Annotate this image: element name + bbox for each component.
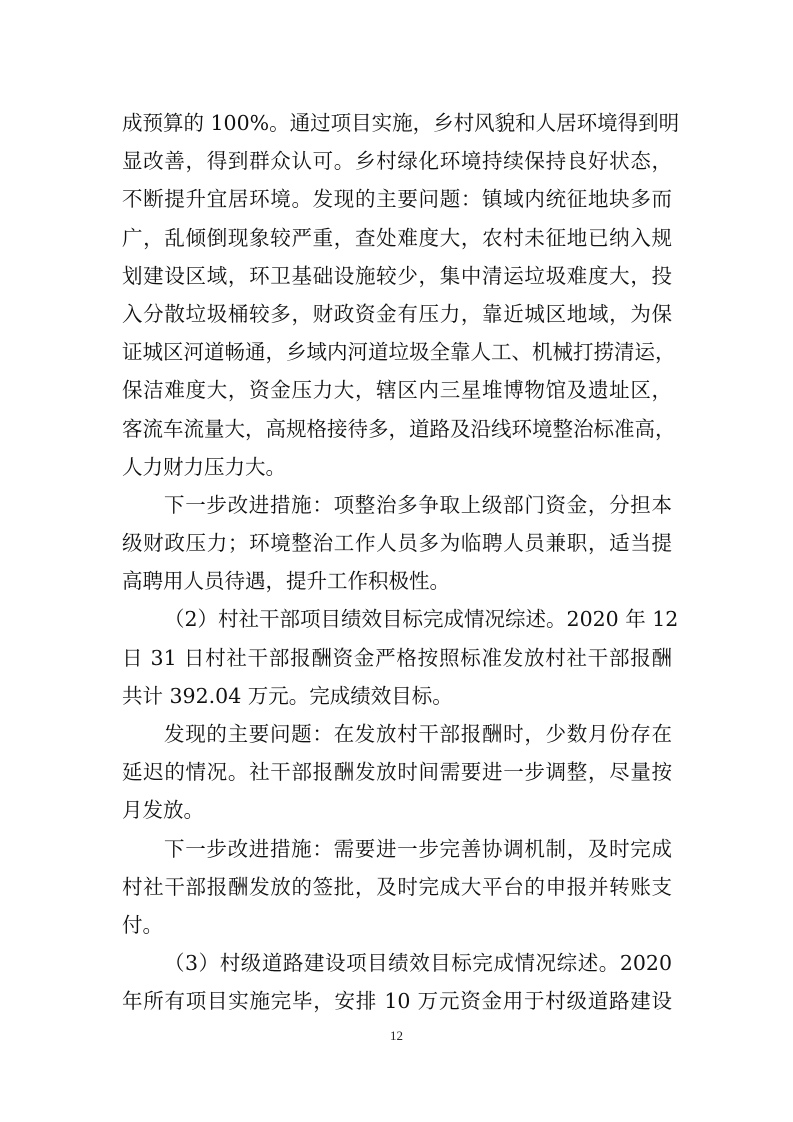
text-line: 级财政压力；环境整治工作人员多为临聘人员兼职，适当提 <box>122 524 672 562</box>
text-line: 延迟的情况。社干部报酬发放时间需要进一步调整，尽量按 <box>122 753 672 791</box>
text-line: 日 31 日村社干部报酬资金严格按照标准发放村社干部报酬 <box>122 639 672 677</box>
text-line: 高聘用人员待遇，提升工作积极性。 <box>122 562 672 600</box>
text-line: 成预算的 100%。通过项目实施，乡村风貌和人居环境得到明 <box>122 104 672 142</box>
text-line: 村社干部报酬发放的签批，及时完成大平台的申报并转账支 <box>122 868 672 906</box>
text-line: 证城区河道畅通，乡域内河道垃圾全靠人工、机械打捞清运， <box>122 333 672 371</box>
page-number: 12 <box>0 1028 793 1044</box>
text-line: 广，乱倾倒现象较严重，查处难度大，农村未征地已纳入规 <box>122 219 672 257</box>
text-line: 发现的主要问题：在发放村干部报酬时，少数月份存在 <box>122 715 672 753</box>
text-line: 下一步改进措施：需要进一步完善协调机制，及时完成 <box>122 830 672 868</box>
text-line: 入分散垃圾桶较多，财政资金有压力，靠近城区地域，为保 <box>122 295 672 333</box>
text-line: 人力财力压力大。 <box>122 448 672 486</box>
text-line: 月发放。 <box>122 791 672 829</box>
text-line: （2）村社干部项目绩效目标完成情况综述。2020 年 12 <box>122 600 672 638</box>
document-page: 成预算的 100%。通过项目实施，乡村风貌和人居环境得到明显改善，得到群众认可。… <box>0 0 793 1122</box>
text-line: 共计 392.04 万元。完成绩效目标。 <box>122 677 672 715</box>
text-line: （3）村级道路建设项目绩效目标完成情况综述。2020 <box>122 944 672 982</box>
text-line: 不断提升宜居环境。发现的主要问题：镇域内统征地块多而 <box>122 180 672 218</box>
text-line: 显改善，得到群众认可。乡村绿化环境持续保持良好状态， <box>122 142 672 180</box>
text-line: 下一步改进措施：项整治多争取上级部门资金，分担本 <box>122 486 672 524</box>
text-line: 客流车流量大，高规格接待多，道路及沿线环境整治标准高， <box>122 410 672 448</box>
text-line: 付。 <box>122 906 672 944</box>
text-line: 划建设区域，环卫基础设施较少，集中清运垃圾难度大，投 <box>122 257 672 295</box>
text-line: 年所有项目实施完毕，安排 10 万元资金用于村级道路建设 <box>122 982 672 1020</box>
text-line: 保洁难度大，资金压力大，辖区内三星堆博物馆及遗址区， <box>122 371 672 409</box>
body-text: 成预算的 100%。通过项目实施，乡村风貌和人居环境得到明显改善，得到群众认可。… <box>122 104 672 1021</box>
